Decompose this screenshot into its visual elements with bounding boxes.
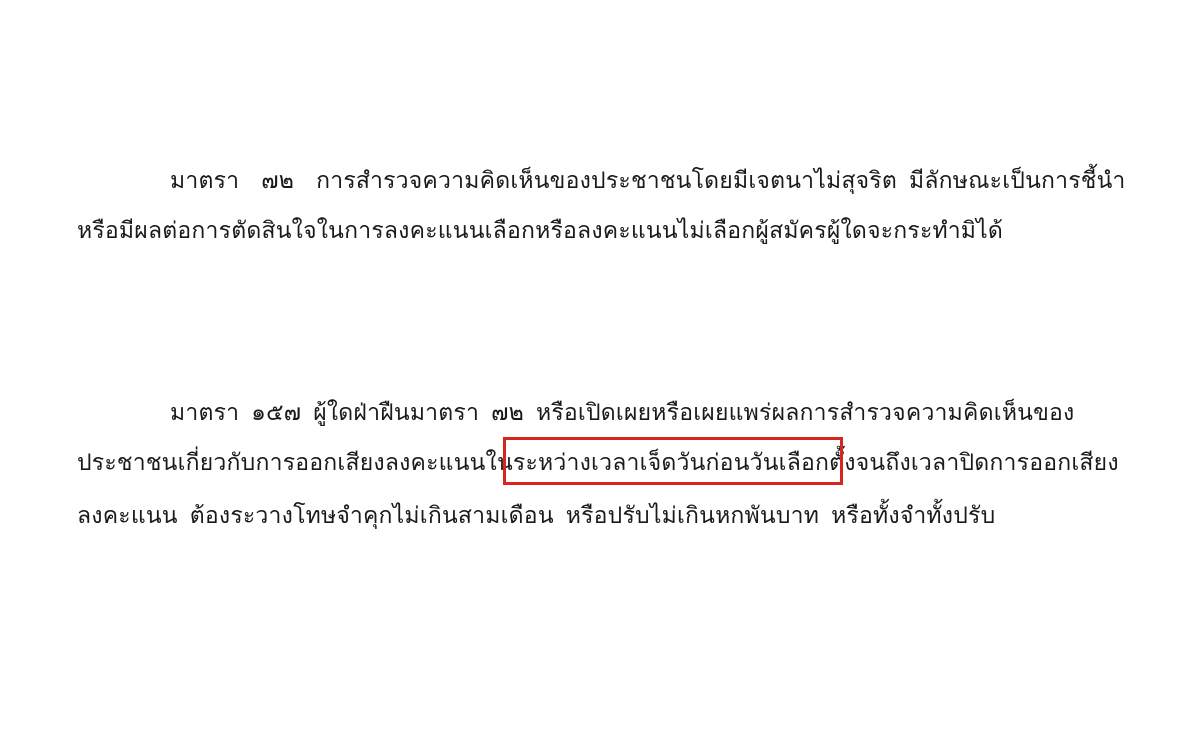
section-text: ผู้ใดฝ่าฝืนมาตรา [313, 400, 479, 426]
section-72-line-1: มาตรา๗๒การสำรวจความคิดเห็นของประชาชนโดยม… [170, 166, 1125, 196]
highlighted-phrase: ระหว่างเวลาเจ็ดวันก่อนวันเลือกตั้ง [513, 450, 856, 476]
section-157-line-2: ประชาชนเกี่ยวกับการออกเสียงลงคะแนนในระหว… [77, 448, 1119, 478]
section-text: ลงคะแนน [77, 503, 178, 529]
section-text: จนถึงเวลาปิดการออกเสียง [856, 450, 1119, 476]
section-157-line-1: มาตรา๑๕๗ผู้ใดฝ่าฝืนมาตรา๗๒หรือเปิดเผยหรื… [170, 398, 1074, 428]
section-text: หรือมีผลต่อการตัดสินใจในการลงคะแนนเลือกห… [77, 218, 1003, 244]
section-label: มาตรา [170, 400, 239, 426]
section-text: ประชาชนเกี่ยวกับการออกเสียงลงคะแนนใน [77, 450, 513, 476]
section-text: หรือทั้งจำทั้งปรับ [831, 503, 995, 529]
section-label: มาตรา [170, 168, 239, 194]
section-number: ๑๕๗ [251, 400, 301, 426]
section-text: หรือเปิดเผยหรือเผยแพร่ผลการสำรวจความคิดเ… [536, 400, 1075, 426]
document-page: มาตรา๗๒การสำรวจความคิดเห็นของประชาชนโดยม… [0, 0, 1200, 748]
section-72-line-2: หรือมีผลต่อการตัดสินใจในการลงคะแนนเลือกห… [77, 216, 1003, 246]
section-text: หรือปรับไม่เกินหกพันบาท [566, 503, 819, 529]
section-157-line-3: ลงคะแนนต้องระวางโทษจำคุกไม่เกินสามเดือนห… [77, 501, 995, 531]
section-text: ต้องระวางโทษจำคุกไม่เกินสามเดือน [190, 503, 554, 529]
section-number: ๗๒ [261, 168, 294, 194]
section-text: การสำรวจความคิดเห็นของประชาชนโดยมีเจตนาไ… [316, 168, 897, 194]
section-ref-number: ๗๒ [491, 400, 524, 426]
section-text: มีลักษณะเป็นการชี้นำ [909, 168, 1125, 194]
